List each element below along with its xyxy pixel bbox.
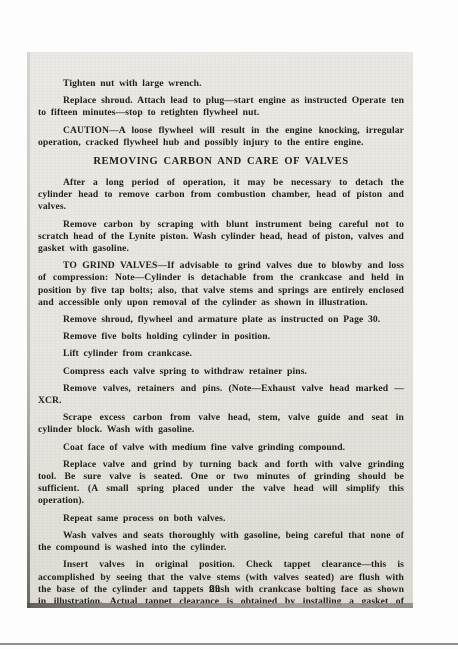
paragraph: Compress each valve spring to withdraw r… [38,366,404,378]
page-bottom-edge-shadow [27,603,413,608]
paragraph: Remove valves, retainers and pins. (Note… [38,383,404,407]
paragraph: After a long period of operation, it may… [38,177,404,214]
page-number: 29 [27,584,403,595]
paragraph: Remove shroud, flywheel and armature pla… [38,314,404,326]
paragraph: Lift cylinder from crankcase. [38,348,404,360]
paragraph: Wash valves and seats thoroughly with ga… [38,530,404,554]
paragraph: Replace valve and grind by turning back … [38,459,404,508]
paragraph: Tighten nut with large wrench. [38,78,404,90]
paragraph: CAUTION—A loose flywheel will result in … [38,125,404,149]
document-page: Tighten nut with large wrench. Replace s… [27,52,413,608]
page-left-edge-shadow [27,52,30,608]
window-bottom-border [0,643,458,645]
paragraph: Remove five bolts holding cylinder in po… [38,331,404,343]
screenshot-root: Tighten nut with large wrench. Replace s… [0,0,458,649]
paragraph: TO GRIND VALVES—If advisable to grind va… [38,260,404,309]
document-body: Tighten nut with large wrench. Replace s… [38,78,404,608]
paragraph: Remove carbon by scraping with blunt ins… [38,219,404,256]
paragraph: Repeat same process on both valves. [38,513,404,525]
section-heading: REMOVING CARBON AND CARE OF VALVES [38,156,404,168]
paragraph: Replace shroud. Attach lead to plug—star… [38,95,404,119]
paragraph: Scrape excess carbon from valve head, st… [38,412,404,436]
paragraph: Coat face of valve with medium fine valv… [38,442,404,454]
